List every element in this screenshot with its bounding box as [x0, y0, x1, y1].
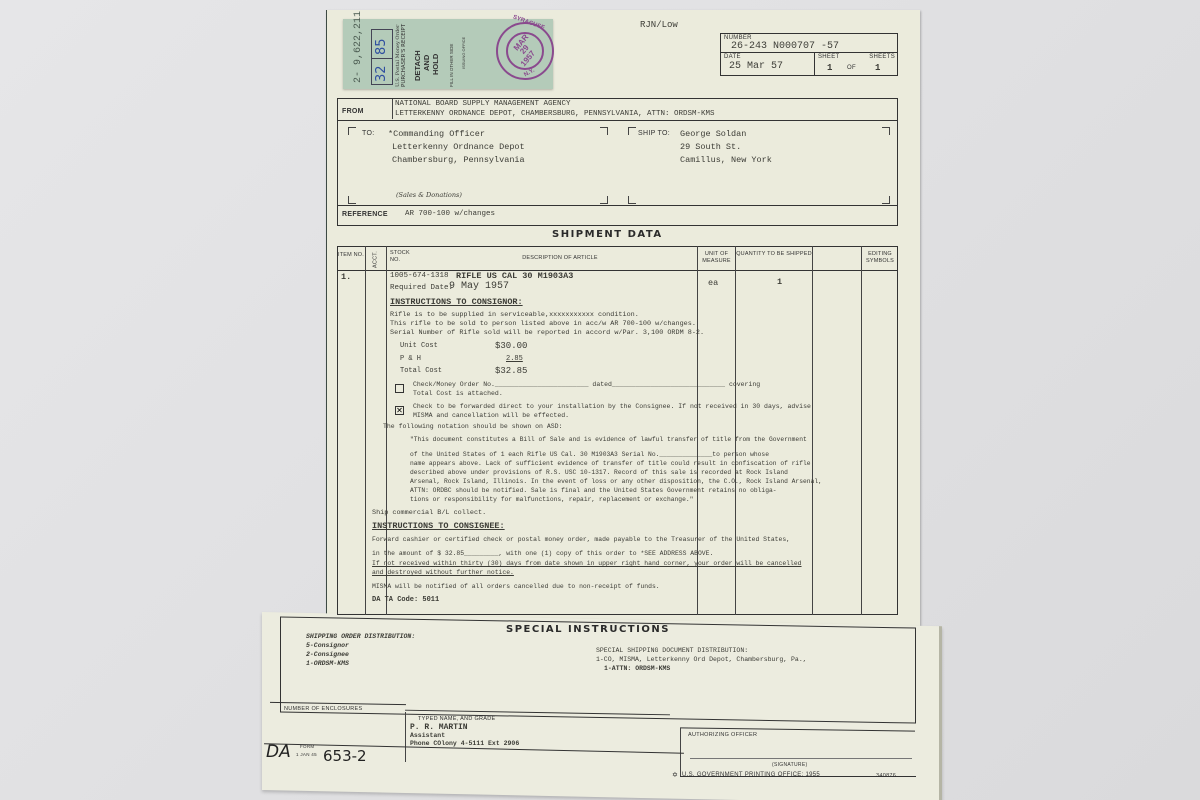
row-item-no: 1. — [341, 272, 351, 282]
typed-name-label: TYPED NAME, AND GRADE — [418, 716, 496, 722]
stub-line2: PURCHASER'S RECEIPT — [401, 24, 407, 87]
ship-to-line3: Camillus, New York — [680, 155, 772, 165]
notation-intro: The following notation should be shown o… — [383, 423, 562, 430]
sheet-label: SHEET — [818, 54, 840, 60]
to-note: (Sales & Donations) — [396, 191, 462, 199]
receipt-serial: 2- 9,622,211 — [353, 11, 364, 83]
col-unit: UNIT OF MEASURE — [698, 251, 735, 265]
clerk-initials: RJN/Low — [640, 20, 678, 30]
total-cost-value: $32.85 — [495, 366, 527, 376]
from-line1: NATIONAL BOARD SUPPLY MANAGEMENT AGENCY — [395, 100, 571, 108]
notation-line-1: "This document constitutes a Bill of Sal… — [410, 436, 807, 443]
order-number-box: NUMBER 26-243 N000707 -57 DATE 25 Mar 57… — [720, 33, 898, 76]
sheet-number: 1 — [827, 63, 832, 73]
form-number: 653-2 — [323, 747, 367, 765]
signature-label: (SIGNATURE) — [772, 762, 807, 768]
consignor-line-1: Rifle is to be supplied in serviceable,x… — [390, 311, 639, 319]
col-editing: EDITING SYMBOLS — [862, 251, 898, 265]
notation-line-4: described above under provisions of R.S.… — [410, 469, 788, 476]
col-acct: ACCT. — [373, 250, 380, 270]
ship-to-line1: George Soldan — [680, 129, 746, 139]
unit-cost-value: $30.00 — [495, 341, 527, 351]
reference-label: REFERENCE — [342, 211, 388, 218]
ship-to-line2: 29 South St. — [680, 142, 741, 152]
ship-to-label: SHIP TO: — [638, 130, 670, 137]
hold-label: HOLD — [431, 54, 440, 75]
order-number: 26-243 N000707 -57 — [731, 41, 839, 52]
unit-cost-label: Unit Cost — [400, 342, 438, 350]
row-description: RIFLE US CAL 30 M1903A3 — [456, 271, 573, 281]
postmark-stamp: SYRACUSE MAR 29 1957 N.Y. — [496, 22, 554, 80]
consignee-line-1: Forward cashier or certified check or po… — [372, 536, 790, 543]
signature-line[interactable] — [690, 758, 912, 759]
required-date: 9 May 1957 — [449, 281, 509, 292]
typed-name-line3: Phone COlony 4-5111 Ext 2906 — [410, 740, 519, 747]
consignor-line-3: Serial Number of Rifle sold will be repo… — [390, 329, 704, 337]
ship-note: Ship commercial B/L collect. — [372, 509, 486, 517]
order-date: 25 Mar 57 — [729, 61, 783, 72]
shipment-data-title: SHIPMENT DATA — [552, 229, 663, 240]
document-distribution-item-1: 1-CO, MISMA, Letterkenny Ord Depot, Cham… — [596, 656, 807, 663]
row-quantity: 1 — [777, 277, 782, 287]
fill-note: FILL IN OTHER SIDE — [449, 44, 454, 87]
printing-office: U.S. GOVERNMENT PRINTING OFFICE: 1955 — [682, 772, 820, 778]
consignee-line-2: in the amount of $ 32.85_________, with … — [372, 550, 713, 557]
consignor-heading: INSTRUCTIONS TO CONSIGNOR: — [390, 297, 523, 307]
of-label: OF — [847, 65, 856, 71]
col-stock-no: STOCK NO. — [390, 250, 420, 264]
row-unit: ea — [708, 278, 718, 288]
col-item-no: ITEM NO. — [337, 252, 365, 259]
date-label: DATE — [724, 54, 741, 60]
notation-line-5: Arsenal, Rock Island, Illinois. In the e… — [410, 478, 822, 485]
enclosures-label: NUMBER OF ENCLOSURES — [284, 706, 362, 712]
to-line1: *Commanding Officer — [388, 129, 485, 139]
option1-line1: Check/Money Order No.___________________… — [413, 381, 760, 388]
row-stock-no: 1005-674-1318 — [390, 272, 449, 280]
amount-box: 32 85 — [371, 29, 393, 85]
distribution-item-3: 1-ORDSM-KMS — [306, 660, 349, 667]
consignee-heading: INSTRUCTIONS TO CONSIGNEE: — [372, 521, 505, 531]
notation-line-2: of the United States of 1 each Rifle US … — [410, 451, 769, 458]
distribution-heading: SHIPPING ORDER DISTRIBUTION: — [306, 633, 415, 640]
required-date-label: Required Date: — [390, 284, 453, 292]
to-line2: Letterkenny Ordnance Depot — [392, 142, 525, 152]
notation-line-7: tions or responsibility for malfunctions… — [410, 496, 693, 503]
notation-line-6: ATTN: ORDBC should be notified. Sale is … — [410, 487, 777, 494]
print-code: 340876 — [876, 773, 896, 779]
ph-label: P & H — [400, 355, 421, 363]
from-line2: LETTERKENNY ORDNANCE DEPOT, CHAMBERSBURG… — [395, 110, 715, 118]
consignee-line-4: and destroyed without further notice. — [372, 569, 514, 576]
notation-line-3: name appears above. Lack of sufficient e… — [410, 460, 811, 467]
check-forwarded-checkbox[interactable]: ✕ — [395, 406, 404, 415]
typed-name-line2: Assistant — [410, 732, 445, 739]
amount-cents: 85 — [374, 38, 389, 55]
option1-line2: Total Cost is attached. — [413, 390, 503, 397]
form-prefix: DA — [266, 742, 291, 762]
sheets-total: 1 — [875, 63, 880, 73]
consignor-line-2: This rifle to be sold to person listed a… — [390, 320, 696, 328]
to-label: TO: — [362, 130, 374, 137]
detach-label: DETACH — [413, 50, 422, 81]
issuing-office-label: ISSUING OFFICE — [461, 37, 466, 69]
to-line3: Chambersburg, Pennsylvania — [392, 155, 525, 165]
typed-name-line1: P. R. MARTIN — [410, 723, 468, 732]
consignee-line-6: DA TA Code: 5011 — [372, 596, 439, 604]
form-date: 1 JAN 45 — [296, 752, 317, 757]
distribution-item-2: 2-Consignee — [306, 651, 349, 658]
document-distribution-item-2: 1-ATTN: ORDSM-KMS — [604, 665, 670, 672]
form-label: FORM — [300, 744, 314, 749]
money-order-attached-checkbox[interactable] — [395, 384, 404, 393]
total-cost-label: Total Cost — [400, 367, 442, 375]
sheets-label: SHEETS — [869, 54, 895, 60]
ph-value: 2.85 — [506, 355, 523, 363]
option2-line1: Check to be forwarded direct to your ins… — [413, 403, 811, 410]
distribution-item-1: 5-Consignor — [306, 642, 349, 649]
consignee-line-3: If not received within thirty (30) days … — [372, 560, 802, 567]
reference-value: AR 700-100 w/changes — [405, 210, 495, 218]
col-description: DESCRIPTION OF ARTICLE — [470, 255, 650, 262]
option2-line2: MISMA and cancellation will be effected. — [413, 412, 569, 419]
document-distribution-heading: SPECIAL SHIPPING DOCUMENT DISTRIBUTION: — [596, 647, 748, 654]
consignee-line-5: MISMA will be notified of all orders can… — [372, 583, 660, 590]
col-quantity: QUANTITY TO BE SHIPPED — [736, 251, 812, 258]
from-label: FROM — [342, 108, 364, 115]
printing-office-star-icon: ✡ — [672, 771, 678, 779]
authorizing-officer-label: AUTHORIZING OFFICER — [688, 732, 757, 738]
amount-dollars: 32 — [374, 65, 389, 82]
and-label: AND — [422, 55, 431, 71]
